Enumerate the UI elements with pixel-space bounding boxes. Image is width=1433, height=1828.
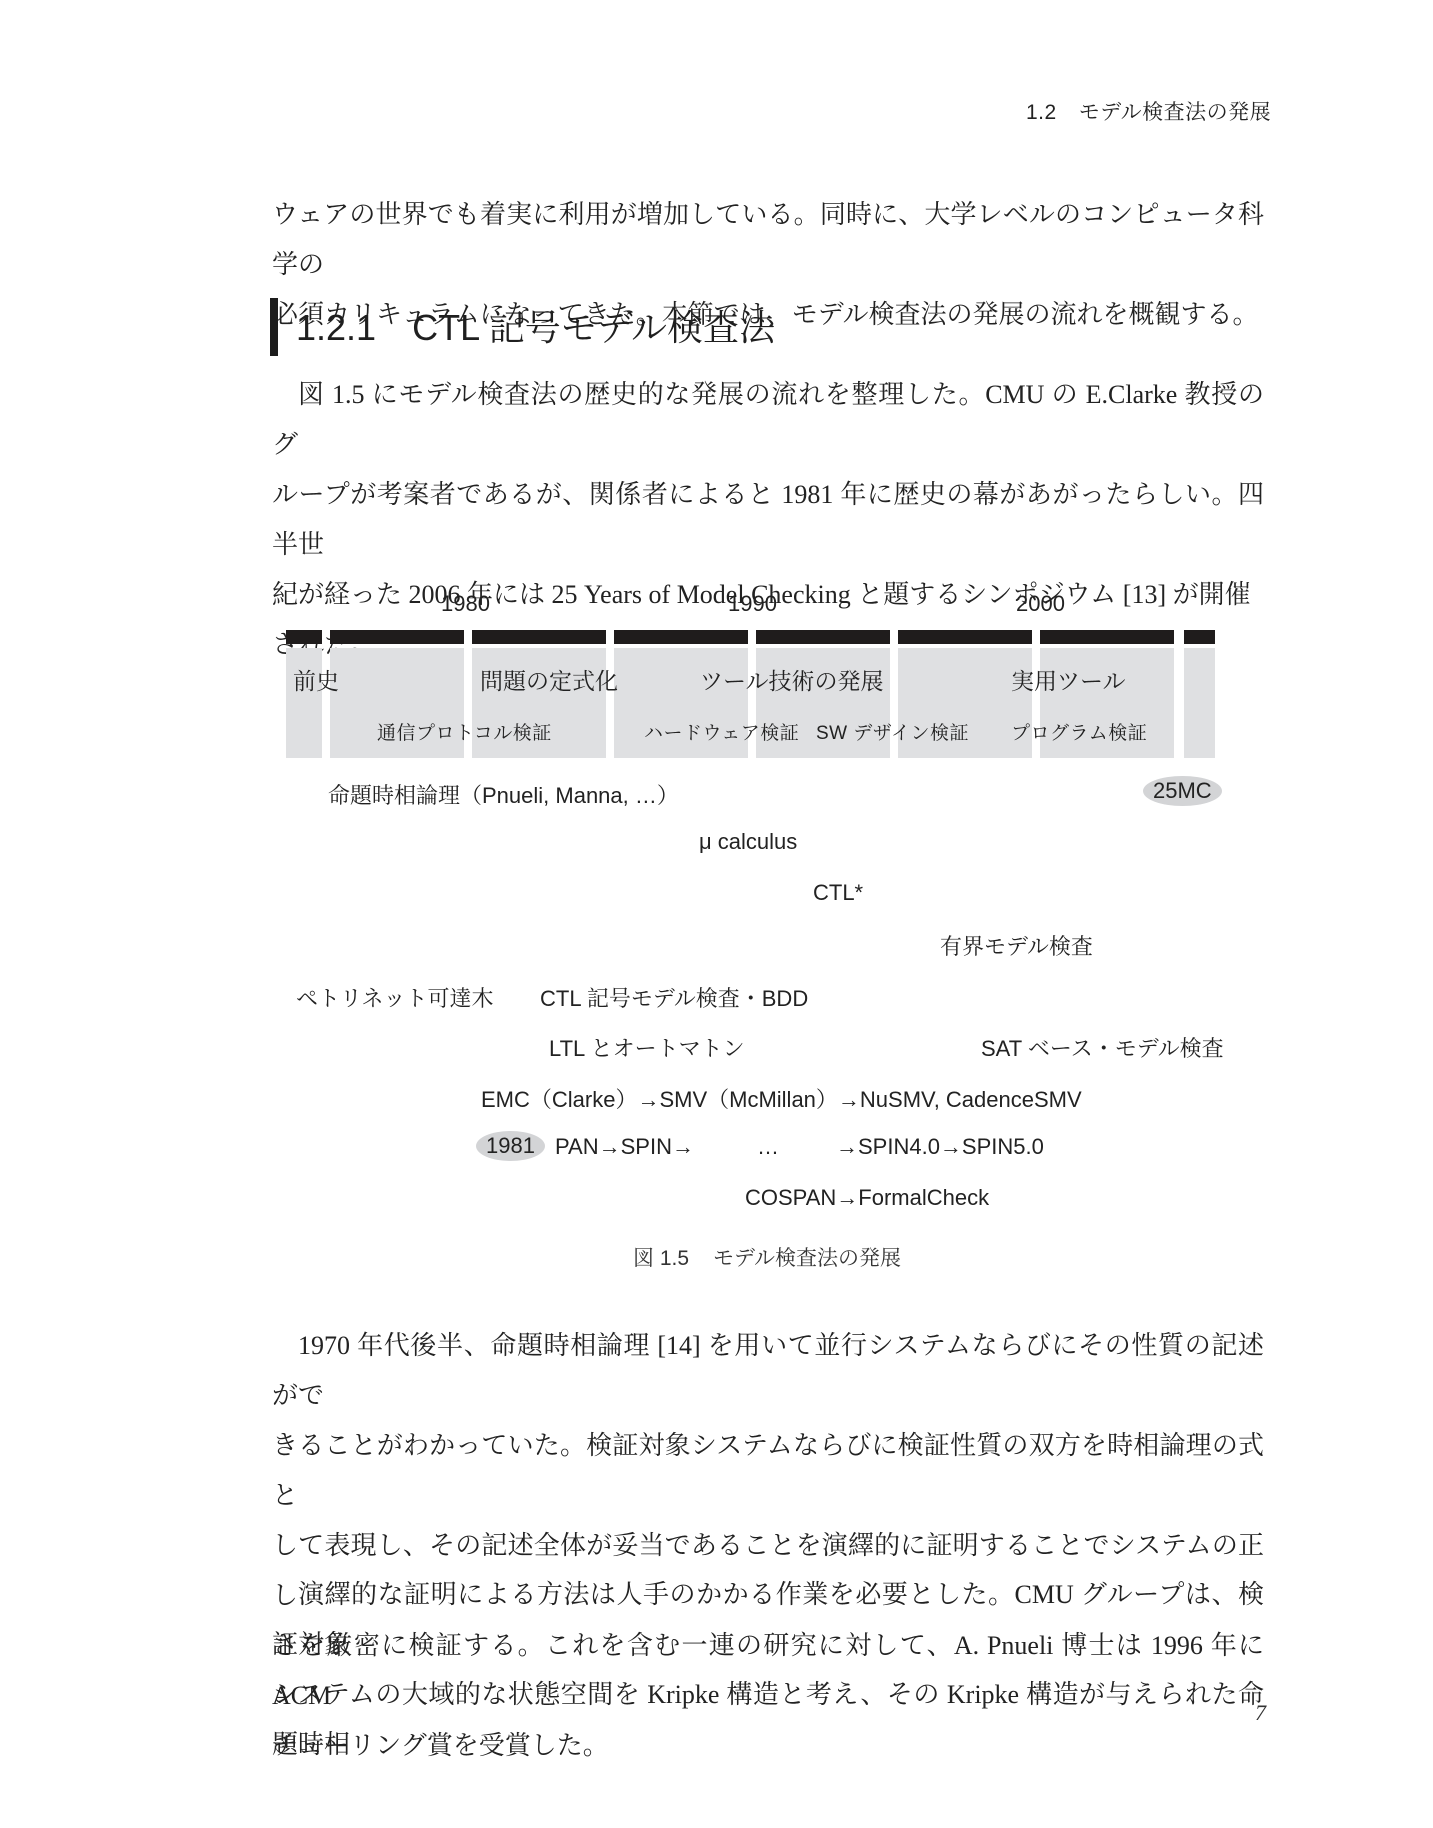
- year-label-2000: 2000: [1016, 591, 1065, 617]
- figure-caption-title: モデル検査法の発展: [713, 1247, 901, 1270]
- item-ctl-bdd: CTL 記号モデル検査・BDD: [540, 982, 808, 1013]
- year-label-1990: 1990: [728, 591, 777, 617]
- running-head-title: モデル検査法の発展: [1079, 101, 1271, 124]
- item-spin-version-chain: →SPIN4.0→SPIN5.0: [836, 1134, 1044, 1160]
- sub-era-protocol: 通信プロトコル検証: [377, 718, 552, 745]
- era-label-formalization: 問題の定式化: [480, 663, 618, 696]
- item-cospan-chain: COSPAN→FormalCheck: [745, 1185, 989, 1211]
- section-title: CTL 記号モデル検査法: [412, 307, 775, 348]
- item-emc-smv-chain: EMC（Clarke）→SMV（McMillan）→NuSMV, Cadence…: [481, 1083, 1082, 1114]
- item-ltl-automaton: LTL とオートマトン: [549, 1032, 745, 1063]
- section-heading-bar: [270, 298, 278, 356]
- era-label-practical-tools: 実用ツール: [1011, 663, 1126, 696]
- text-line: 図 1.5 にモデル検査法の歴史的な発展の流れを整理した。CMU の E.Cla…: [272, 370, 1264, 470]
- item-ellipsis: …: [757, 1134, 779, 1160]
- timeline-bar: [286, 630, 322, 644]
- timeline-bar: [472, 630, 606, 644]
- sub-era-sw-design: SW デザイン検証: [816, 718, 969, 745]
- text-line: 演繹的な証明による方法は人手のかかる作業を必要とした。CMU グループは、検証対…: [272, 1570, 1264, 1670]
- item-sat-model-checking: SAT ベース・モデル検査: [981, 1032, 1224, 1063]
- era-label-tool-development: ツール技術の発展: [700, 663, 884, 696]
- item-mu-calculus: μ calculus: [699, 829, 797, 855]
- item-pan-spin-chain: PAN→SPIN→: [555, 1134, 694, 1160]
- running-head: 1.2モデル検査法の発展: [1026, 96, 1271, 126]
- timeline-column: [1184, 648, 1215, 758]
- page-number: 7: [1255, 1700, 1266, 1726]
- item-ctl-star: CTL*: [813, 880, 863, 906]
- text-line: ウェアの世界でも着実に利用が増加している。同時に、大学レベルのコンピュータ科学の: [272, 190, 1264, 290]
- badge-25mc: 25MC: [1143, 776, 1222, 806]
- badge-1981: 1981: [476, 1131, 545, 1161]
- text-line: きることがわかっていた。検証対象システムならびに検証性質の双方を時相論理の式と: [272, 1421, 1264, 1521]
- item-temporal-logic: 命題時相論理（Pnueli, Manna, …）: [328, 779, 679, 810]
- timeline-bar: [1040, 630, 1174, 644]
- timeline-bar: [330, 630, 464, 644]
- badge-1981-text: 1981: [476, 1131, 545, 1161]
- timeline-bar: [1184, 630, 1215, 644]
- figure-caption: 図 1.5モデル検査法の発展: [633, 1242, 901, 1272]
- figure-caption-label: 図 1.5: [633, 1247, 689, 1270]
- era-label-prehistory: 前史: [293, 663, 339, 696]
- text-line: システムの大域的な状態空間を Kripke 構造と考え、その Kripke 構造…: [272, 1670, 1264, 1770]
- year-label-1980: 1980: [441, 591, 490, 617]
- timeline-bar: [614, 630, 748, 644]
- item-bounded-model-checking: 有界モデル検査: [940, 930, 1093, 961]
- sub-era-hardware: ハードウェア検証: [644, 718, 799, 745]
- paragraph-1: 図 1.5 にモデル検査法の歴史的な発展の流れを整理した。CMU の E.Cla…: [272, 370, 1264, 670]
- paragraph-3: 演繹的な証明による方法は人手のかかる作業を必要とした。CMU グループは、検証対…: [272, 1570, 1264, 1770]
- running-head-number: 1.2: [1026, 101, 1057, 124]
- text-line: 1970 年代後半、命題時相論理 [14] を用いて並行システムならびにその性質…: [272, 1320, 1264, 1421]
- section-heading: 1.2.1CTL 記号モデル検査法: [296, 300, 775, 351]
- item-petri-net: ペトリネット可達木: [296, 982, 494, 1013]
- text-segment: 1970 年代後半、: [298, 1331, 490, 1360]
- sub-era-program: プログラム検証: [1011, 718, 1147, 745]
- emphasis-term: 命題時相論理: [490, 1330, 650, 1360]
- timeline-bar: [756, 630, 890, 644]
- timeline-bar: [898, 630, 1032, 644]
- badge-25mc-text: 25MC: [1143, 776, 1222, 806]
- text-line: ループが考案者であるが、関係者によると 1981 年に歴史の幕があがったらしい。…: [272, 470, 1264, 570]
- section-number: 1.2.1: [296, 307, 376, 348]
